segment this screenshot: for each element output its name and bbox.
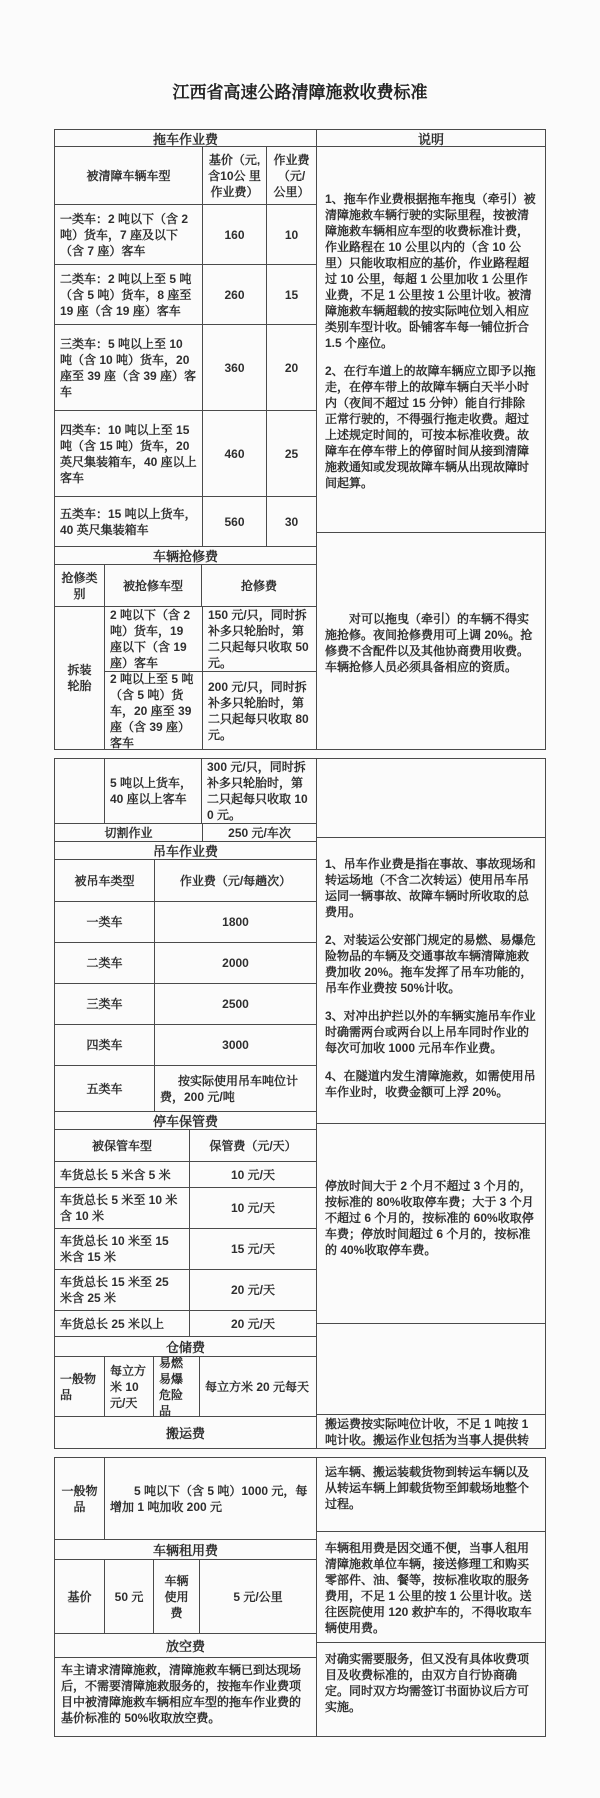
- moving-row: 一般物品 5 吨以下（含 5 吨）1000 元，每增加 1 吨加收 200 元: [55, 1458, 316, 1539]
- document-title: 江西省高速公路清障施救收费标准: [0, 0, 600, 103]
- crane-note-4: 4、在隧道内发生清障施救，如需使用吊车作业时，收费金额可上浮 20%。: [325, 1068, 537, 1100]
- empty-run-section-header: 放空费: [55, 1633, 316, 1657]
- per-km-fee: 15: [266, 265, 316, 324]
- crane-notes: 1、吊车作业费是指在事故、事故现场和转运场地（不含二次转运）使用吊车吊运同一辆事…: [317, 837, 545, 1123]
- towing-row: 三类车：5 吨以上至 10 吨（含 10 吨）货车，20 座至 39 座（含 3…: [55, 324, 316, 410]
- parking-vehicle-type: 车货总长 15 米至 25 米含 25 米: [55, 1270, 189, 1310]
- towing-row: 四类车：10 吨以上至 15 吨（含 15 吨）货车，20 英尺集装箱车，40 …: [55, 410, 316, 496]
- crane-column-headers: 被吊车类型 作业费（元/每趟次）: [55, 859, 316, 901]
- parking-row: 车货总长 25 米以上 20 元/天: [55, 1310, 316, 1336]
- rental-base-label: 基价: [55, 1560, 104, 1633]
- parking-vehicle-type: 车货总长 25 米以上: [55, 1311, 189, 1336]
- towing-col-base: 基价（元,含10公 里作业费）: [202, 147, 266, 204]
- towing-column-headers: 被清障车辆车型 基价（元,含10公 里作业费） 作业费（元/公里）: [55, 146, 316, 204]
- moving-note-part-1: 搬运费按实际吨位计收，不足 1 吨按 1 吨计收。搬运作业包括为当事人提供转: [317, 1414, 545, 1448]
- parking-fee: 20 元/天: [189, 1270, 316, 1310]
- repair-col-fee: 抢修费: [201, 565, 316, 606]
- table-page-2: 5 吨以上货车，40 座以上客车 300 元/只，同时拆补多只轮胎时，第二只起每…: [54, 758, 546, 1449]
- per-km-fee: 10: [266, 205, 316, 264]
- rental-section-header: 车辆租用费: [55, 1539, 316, 1559]
- repair-fee: 150 元/只，同时拆补多只轮胎时，第二只起每只收取 50 元。: [202, 607, 316, 671]
- crane-note-3: 3、对冲出护拦以外的车辆实施吊车作业时确需两台或两台以上吊车同时作业的每次可加收…: [325, 1008, 537, 1056]
- repair-category-cell: 拆装 轮胎: [55, 607, 104, 749]
- parking-row: 车货总长 5 米至 10 米含 10 米 10 元/天: [55, 1187, 316, 1228]
- vehicle-type: 三类车：5 吨以上至 10 吨（含 10 吨）货车，20 座至 39 座（含 3…: [55, 325, 202, 410]
- towing-row: 五类车：15 吨以上货车，40 英尺集装箱车 560 30: [55, 496, 316, 546]
- notes-header: 说明: [317, 130, 545, 146]
- vehicle-type: 一类车：2 吨以下（含 2 吨）货车，7 座及以下（含 7 座）客车: [55, 205, 202, 264]
- crane-vehicle-type: 三类车: [55, 984, 154, 1024]
- towing-note-1: 1、拖车作业费根据拖车拖曳（牵引）被清障施救车辆行驶的实际里程，按被清障施救车辆…: [325, 191, 537, 351]
- parking-note: 停放时间大于 2 个月不超过 3 个月的，按标准的 80%收取停车费；大于 3 …: [317, 1123, 545, 1323]
- crane-section-header: 吊车作业费: [55, 841, 316, 859]
- towing-notes: 1、拖车作业费根据拖车拖曳（牵引）被清障施救车辆行驶的实际里程，按被清障施救车辆…: [317, 146, 545, 532]
- repair-vehicle-type: 2 吨以下（含 2 吨）货车，19 座以下（含 19 座）客车: [105, 607, 202, 671]
- table-page-1: 拖车作业费 被清障车辆车型 基价（元,含10公 里作业费） 作业费（元/公里） …: [54, 129, 546, 750]
- parking-fee: 15 元/天: [189, 1229, 316, 1269]
- base-price: 160: [202, 205, 266, 264]
- base-price: 260: [202, 265, 266, 324]
- notes-column-page-1: 说明 1、拖车作业费根据拖车拖曳（牵引）被清障施救车辆行驶的实际里程，按被清障施…: [317, 130, 545, 749]
- towing-row: 一类车：2 吨以下（含 2 吨）货车，7 座及以下（含 7 座）客车 160 1…: [55, 204, 316, 264]
- per-km-fee: 30: [266, 497, 316, 546]
- crane-vehicle-type: 一类车: [55, 902, 154, 942]
- repair-vehicle-type: 5 吨以上货车，40 座以上客车: [104, 759, 201, 823]
- empty-run-text: 车主请求清障施救，清障施救车辆已到达现场后，不需要清障施救服务的，按拖车作业费项…: [55, 1657, 316, 1724]
- crane-vehicle-type: 五类车: [55, 1066, 154, 1111]
- repair-column-headers: 抢修类别 被抢修车型 抢修费: [55, 564, 316, 606]
- parking-row: 车货总长 10 米至 15 米含 15 米 15 元/天: [55, 1228, 316, 1269]
- repair-col-category: 抢修类别: [55, 565, 104, 606]
- repair-row: 2 吨以下（含 2 吨）货车，19 座以下（含 19 座）客车 150 元/只，…: [105, 607, 316, 671]
- repair-col-type: 被抢修车型: [104, 565, 201, 606]
- crane-vehicle-type: 二类车: [55, 943, 154, 983]
- repair-category-empty: [55, 759, 104, 823]
- storage-danger-fee: 每立方米 20 元每天: [199, 1357, 316, 1416]
- storage-danger-item: 易燃易爆危险品: [153, 1357, 199, 1416]
- parking-vehicle-type: 车货总长 5 米至 10 米含 10 米: [55, 1188, 189, 1228]
- towing-col-type: 被清障车辆车型: [55, 147, 202, 204]
- rental-base-fee: 50 元: [104, 1560, 153, 1633]
- parking-fee: 10 元/天: [189, 1162, 316, 1187]
- crane-row: 五类车 按实际使用吊车吨位计费，200 元/吨: [55, 1065, 316, 1111]
- base-price: 460: [202, 411, 266, 496]
- parking-col-fee: 保管费（元/天）: [189, 1130, 316, 1161]
- repair-fee: 200 元/只，同时拆补多只轮胎时，第二只起每只收取 80 元。: [202, 672, 316, 749]
- repair-tire-rows: 拆装 轮胎 2 吨以下（含 2 吨）货车，19 座以下（含 19 座）客车 15…: [55, 606, 316, 749]
- towing-note-2: 2、在行车道上的故障车辆应立即予以拖走，在停车带上的故障车辆白天半小时内（夜间不…: [325, 363, 537, 491]
- crane-fee: 3000: [154, 1025, 316, 1065]
- repair-section-header: 车辆抢修费: [55, 546, 316, 564]
- parking-vehicle-type: 车货总长 10 米至 15 米含 15 米: [55, 1229, 189, 1269]
- crane-fee: 2500: [154, 984, 316, 1024]
- towing-col-perkm: 作业费（元/公里）: [266, 147, 316, 204]
- storage-row: 一般物品 每立方米 10 元/天 易燃易爆危险品 每立方米 20 元每天: [55, 1356, 316, 1416]
- vehicle-type: 四类车：10 吨以上至 15 吨（含 15 吨）货车，20 英尺集装箱车，40 …: [55, 411, 202, 496]
- crane-row: 一类车 1800: [55, 901, 316, 942]
- crane-fee: 按实际使用吊车吨位计费，200 元/吨: [154, 1066, 316, 1111]
- fee-standard-table: 拖车作业费 被清障车辆车型 基价（元,含10公 里作业费） 作业费（元/公里） …: [54, 129, 546, 1737]
- fee-columns-page-3: 一般物品 5 吨以下（含 5 吨）1000 元，每增加 1 吨加收 200 元 …: [55, 1458, 317, 1736]
- parking-section-header: 停车保管费: [55, 1111, 316, 1129]
- crane-fee: 2000: [154, 943, 316, 983]
- cutting-fee: 250 元/车次: [202, 824, 316, 841]
- empty-run-note: 对确实需要服务，但又没有具体收费项目及收费标准的，由双方自行协商确定。同时双方均…: [317, 1642, 545, 1736]
- moving-fee: 5 吨以下（含 5 吨）1000 元，每增加 1 吨加收 200 元: [104, 1458, 316, 1539]
- crane-row: 四类车 3000: [55, 1024, 316, 1065]
- parking-column-headers: 被保管车型 保管费（元/天）: [55, 1129, 316, 1161]
- base-price: 560: [202, 497, 266, 546]
- crane-note-1: 1、吊车作业费是指在事故、事故现场和转运场地（不含二次转运）使用吊车吊运同一辆事…: [325, 856, 537, 920]
- parking-fee: 10 元/天: [189, 1188, 316, 1228]
- repair-row: 2 吨以上至 5 吨（含 5 吨）货车，20 座至 39 座（含 39 座）客车…: [105, 671, 316, 749]
- table-page-3: 一般物品 5 吨以下（含 5 吨）1000 元，每增加 1 吨加收 200 元 …: [54, 1457, 546, 1737]
- towing-section-header: 拖车作业费: [55, 130, 316, 146]
- crane-row: 二类车 2000: [55, 942, 316, 983]
- crane-fee: 1800: [154, 902, 316, 942]
- storage-item: 一般物品: [55, 1357, 104, 1416]
- fee-columns-page-2: 5 吨以上货车，40 座以上客车 300 元/只，同时拆补多只轮胎时，第二只起每…: [55, 759, 317, 1448]
- moving-section-header: 搬运费: [55, 1416, 316, 1448]
- vehicle-type: 二类车：2 吨以上至 5 吨（含 5 吨）货车，8 座至 19 座（含 19 座…: [55, 265, 202, 324]
- page-break: [54, 1449, 546, 1457]
- repair-row: 5 吨以上货车，40 座以上客车 300 元/只，同时拆补多只轮胎时，第二只起每…: [55, 759, 316, 823]
- repair-note-spacer: [317, 759, 545, 837]
- parking-fee: 20 元/天: [189, 1311, 316, 1336]
- crane-col-type: 被吊车类型: [55, 860, 154, 901]
- repair-tire-stack: 2 吨以下（含 2 吨）货车，19 座以下（含 19 座）客车 150 元/只，…: [104, 607, 316, 749]
- parking-row: 车货总长 5 米含 5 米 10 元/天: [55, 1161, 316, 1187]
- crane-vehicle-type: 四类车: [55, 1025, 154, 1065]
- storage-normal-fee: 每立方米 10 元/天: [104, 1357, 153, 1416]
- rental-note: 车辆租用费是因交通不便，当事人租用清障施救单位车辆，接送修理工和购买零部件、油、…: [317, 1531, 545, 1642]
- repair-fee: 300 元/只，同时拆补多只轮胎时，第二只起每只收取 100 元。: [201, 759, 316, 823]
- base-price: 360: [202, 325, 266, 410]
- vehicle-type: 五类车：15 吨以上货车，40 英尺集装箱车: [55, 497, 202, 546]
- per-km-fee: 20: [266, 325, 316, 410]
- parking-col-type: 被保管车型: [55, 1130, 189, 1161]
- repair-vehicle-type: 2 吨以上至 5 吨（含 5 吨）货车，20 座至 39 座（含 39 座）客车: [105, 672, 202, 749]
- crane-row: 三类车 2500: [55, 983, 316, 1024]
- storage-note-empty: [317, 1323, 545, 1414]
- moving-item: 一般物品: [55, 1458, 104, 1539]
- per-km-fee: 25: [266, 411, 316, 496]
- crane-col-fee: 作业费（元/每趟次）: [154, 860, 316, 901]
- rental-use-label: 车辆使用费: [153, 1560, 199, 1633]
- parking-row: 车货总长 15 米至 25 米含 25 米 20 元/天: [55, 1269, 316, 1310]
- rental-row: 基价 50 元 车辆使用费 5 元/公里: [55, 1559, 316, 1633]
- rental-use-fee: 5 元/公里: [199, 1560, 316, 1633]
- parking-vehicle-type: 车货总长 5 米含 5 米: [55, 1162, 189, 1187]
- notes-column-page-3: 运车辆、搬运装载货物到转运车辆以及从转运车辆上卸载货物至卸载场地整个过程。 车辆…: [317, 1458, 545, 1736]
- towing-row: 二类车：2 吨以上至 5 吨（含 5 吨）货车，8 座至 19 座（含 19 座…: [55, 264, 316, 324]
- cutting-label: 切割作业: [55, 824, 202, 841]
- moving-note-part-2: 运车辆、搬运装载货物到转运车辆以及从转运车辆上卸载货物至卸载场地整个过程。: [317, 1458, 545, 1531]
- crane-note-2: 2、对装运公安部门规定的易燃、易爆危险物品的车辆及交通事故车辆清障施救费加收 2…: [325, 932, 537, 996]
- page-break: [54, 750, 546, 758]
- repair-note: 对可以拖曳（牵引）的车辆不得实施抢修。夜间抢修费用可上调 20%。抢修费不含配件…: [317, 532, 545, 749]
- fee-columns-page-1: 拖车作业费 被清障车辆车型 基价（元,含10公 里作业费） 作业费（元/公里） …: [55, 130, 317, 749]
- notes-column-page-2: 1、吊车作业费是指在事故、事故现场和转运场地（不含二次转运）使用吊车吊运同一辆事…: [317, 759, 545, 1448]
- cutting-row: 切割作业 250 元/车次: [55, 823, 316, 841]
- storage-section-header: 仓储费: [55, 1336, 316, 1356]
